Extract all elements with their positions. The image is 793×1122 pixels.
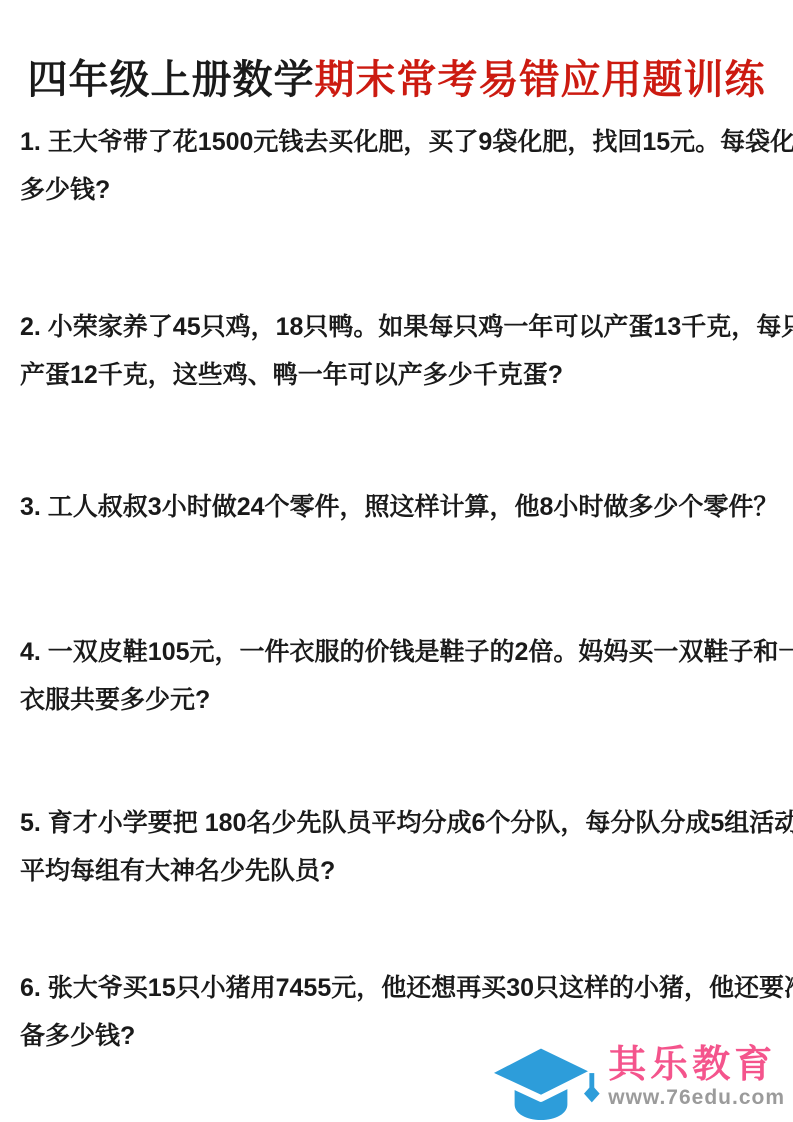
title-topic-part: 期末常考易错应用题训练 [315, 58, 766, 102]
question-1-line-1: 1. 王大爷带了花1500元钱去买化肥，买了9袋化肥，找回15元。每袋化肥 [20, 118, 773, 166]
question-1: 1. 王大爷带了花1500元钱去买化肥，买了9袋化肥，找回15元。每袋化肥 多少… [20, 118, 773, 214]
question-4-line-2: 衣服共要多少元? [20, 676, 773, 724]
brand-text-block: 其乐教育 www.76edu.com [608, 1045, 785, 1110]
question-2-line-1: 2. 小荣家养了45只鸡，18只鸭。如果每只鸡一年可以产蛋13千克，每只鸭 [20, 303, 773, 351]
question-5: 5. 育才小学要把 180名少先队员平均分成6个分队，每分队分成5组活动， 平均… [20, 799, 773, 895]
question-5-line-2: 平均每组有大神名少先队员? [20, 847, 773, 895]
question-2-line-2: 产蛋12千克，这些鸡、鸭一年可以产多少千克蛋? [20, 351, 773, 399]
question-1-line-2: 多少钱? [20, 166, 773, 214]
question-2: 2. 小荣家养了45只鸡，18只鸭。如果每只鸡一年可以产蛋13千克，每只鸭 产蛋… [20, 303, 773, 399]
question-4: 4. 一双皮鞋105元，一件衣服的价钱是鞋子的2倍。妈妈买一双鞋子和一件 衣服共… [20, 628, 773, 724]
question-4-line-1: 4. 一双皮鞋105元，一件衣服的价钱是鞋子的2倍。妈妈买一双鞋子和一件 [20, 628, 773, 676]
question-5-line-1: 5. 育才小学要把 180名少先队员平均分成6个分队，每分队分成5组活动， [20, 799, 773, 847]
graduation-cap-icon [482, 1034, 600, 1120]
brand-name: 其乐教育 [608, 1045, 776, 1087]
title-grade-part: 四年级上册数学 [28, 58, 315, 102]
brand-logo: 其乐教育 www.76edu.com [482, 1034, 785, 1120]
question-3-line-1: 3. 工人叔叔3小时做24个零件，照这样计算，他8小时做多少个零件？ [20, 483, 773, 531]
page-title: 四年级上册数学期末常考易错应用题训练 [0, 48, 793, 105]
worksheet-page: 四年级上册数学期末常考易错应用题训练 1. 王大爷带了花1500元钱去买化肥，买… [0, 0, 793, 1122]
question-3: 3. 工人叔叔3小时做24个零件，照这样计算，他8小时做多少个零件？ [20, 483, 773, 531]
brand-website: www.76edu.com [608, 1086, 785, 1109]
question-6-line-1: 6. 张大爷买15只小猪用7455元，他还想再买30只这样的小猪，他还要准 [20, 964, 773, 1012]
